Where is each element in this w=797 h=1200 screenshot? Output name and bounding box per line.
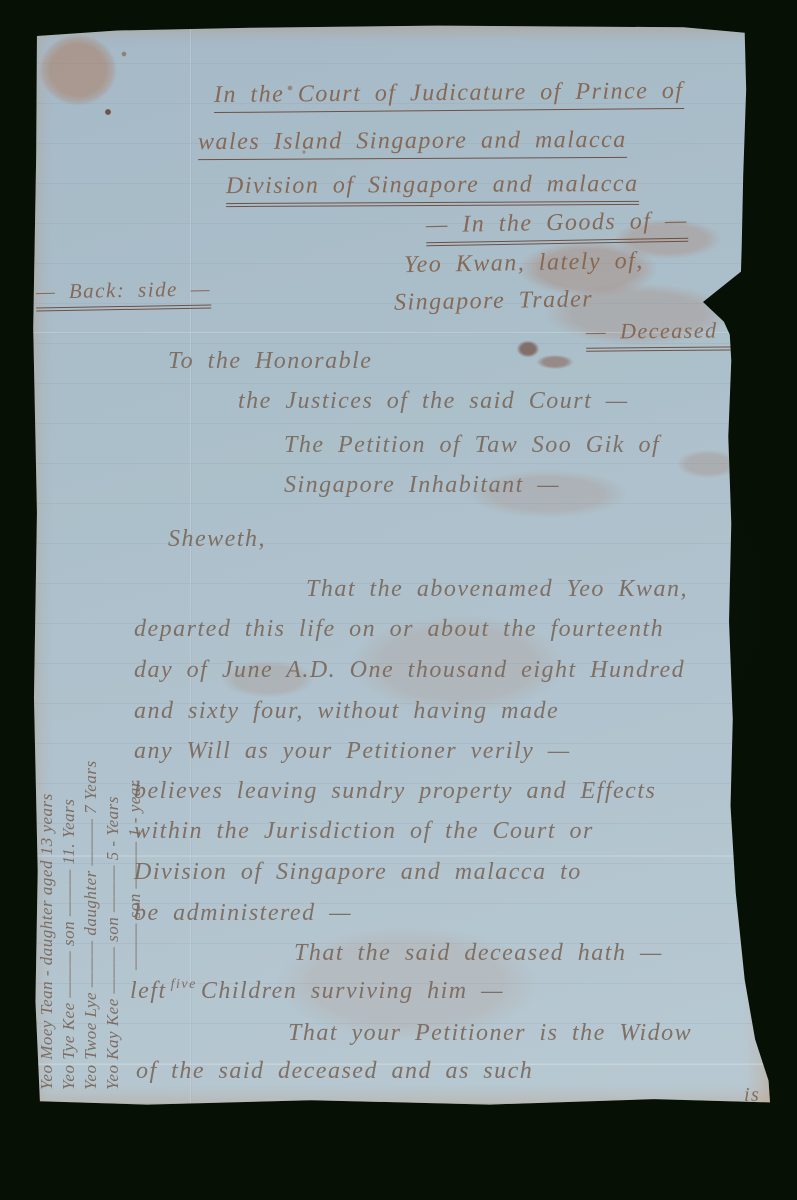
- body-line: any Will as your Petitioner verily —: [134, 738, 571, 765]
- court-header-line-1: In the Court of Judicature of Prince of: [214, 78, 684, 113]
- margin-child-row: Yeo Twoe Lye ——— daughter ——— 7 Years: [80, 598, 102, 1090]
- margin-child-row: Yeo Moey Tean - daughter aged 13 years: [36, 598, 58, 1090]
- margin-children-list: Yeo Moey Tean - daughter aged 13 years Y…: [36, 598, 150, 1090]
- petition-paper: In the Court of Judicature of Prince of …: [28, 24, 773, 1110]
- body-line: and sixty four, without having made: [134, 698, 559, 725]
- body-line: day of June A.D. One thousand eight Hund…: [134, 657, 685, 684]
- body-line: That your Petitioner is the Widow: [288, 1020, 692, 1047]
- court-header-line-2: wales Island Singapore and malacca: [198, 127, 627, 160]
- body-line: That the said deceased hath —: [294, 940, 663, 967]
- inserted-word: five: [171, 977, 197, 992]
- salutation-line-2: the Justices of the said Court —: [238, 388, 629, 415]
- side-note: — Back: side —: [36, 276, 211, 311]
- body-line: departed this life on or about the fourt…: [134, 616, 664, 643]
- body-line: within the Jurisdiction of the Court or: [134, 818, 594, 845]
- body-line: That the abovenamed Yeo Kwan,: [306, 576, 688, 603]
- deceased-label: — Deceased —: [586, 317, 752, 351]
- scan-background: In the Court of Judicature of Prince of …: [0, 0, 797, 1200]
- in-the-goods-of-line: — In the Goods of —: [426, 208, 688, 247]
- body-line: Division of Singapore and malacca to: [134, 859, 582, 886]
- catchword: is: [744, 1084, 760, 1107]
- court-header-line-3: Division of Singapore and malacca: [226, 171, 639, 207]
- vertical-fold-crease: [190, 24, 192, 1110]
- deceased-name-line: Yeo Kwan, lately of,: [404, 248, 644, 279]
- salutation-line-1: To the Honorable: [168, 348, 372, 375]
- sheweth-line: Sheweth,: [168, 526, 266, 553]
- body-line-part: Children surviving him —: [201, 978, 504, 1004]
- body-line: believes leaving sundry property and Eff…: [134, 778, 656, 805]
- margin-child-row: Yeo Tye Kee ——— son ——— 11. Years: [58, 598, 80, 1090]
- deceased-description-line: Singapore Trader: [394, 286, 594, 316]
- margin-child-row: Yeo Kay Kee ——— son ——— 5 - Years: [102, 598, 124, 1090]
- body-line: of the said deceased and as such: [136, 1058, 533, 1085]
- margin-child-row: ——— son ——— 1 - year: [124, 598, 146, 1090]
- petition-intro-line-2: Singapore Inhabitant —: [284, 472, 560, 499]
- body-line-with-insertion: leftfiveChildren surviving him —: [130, 978, 504, 1005]
- body-line: be administered —: [134, 900, 352, 927]
- petition-intro-line-1: The Petition of Taw Soo Gik of: [284, 432, 660, 459]
